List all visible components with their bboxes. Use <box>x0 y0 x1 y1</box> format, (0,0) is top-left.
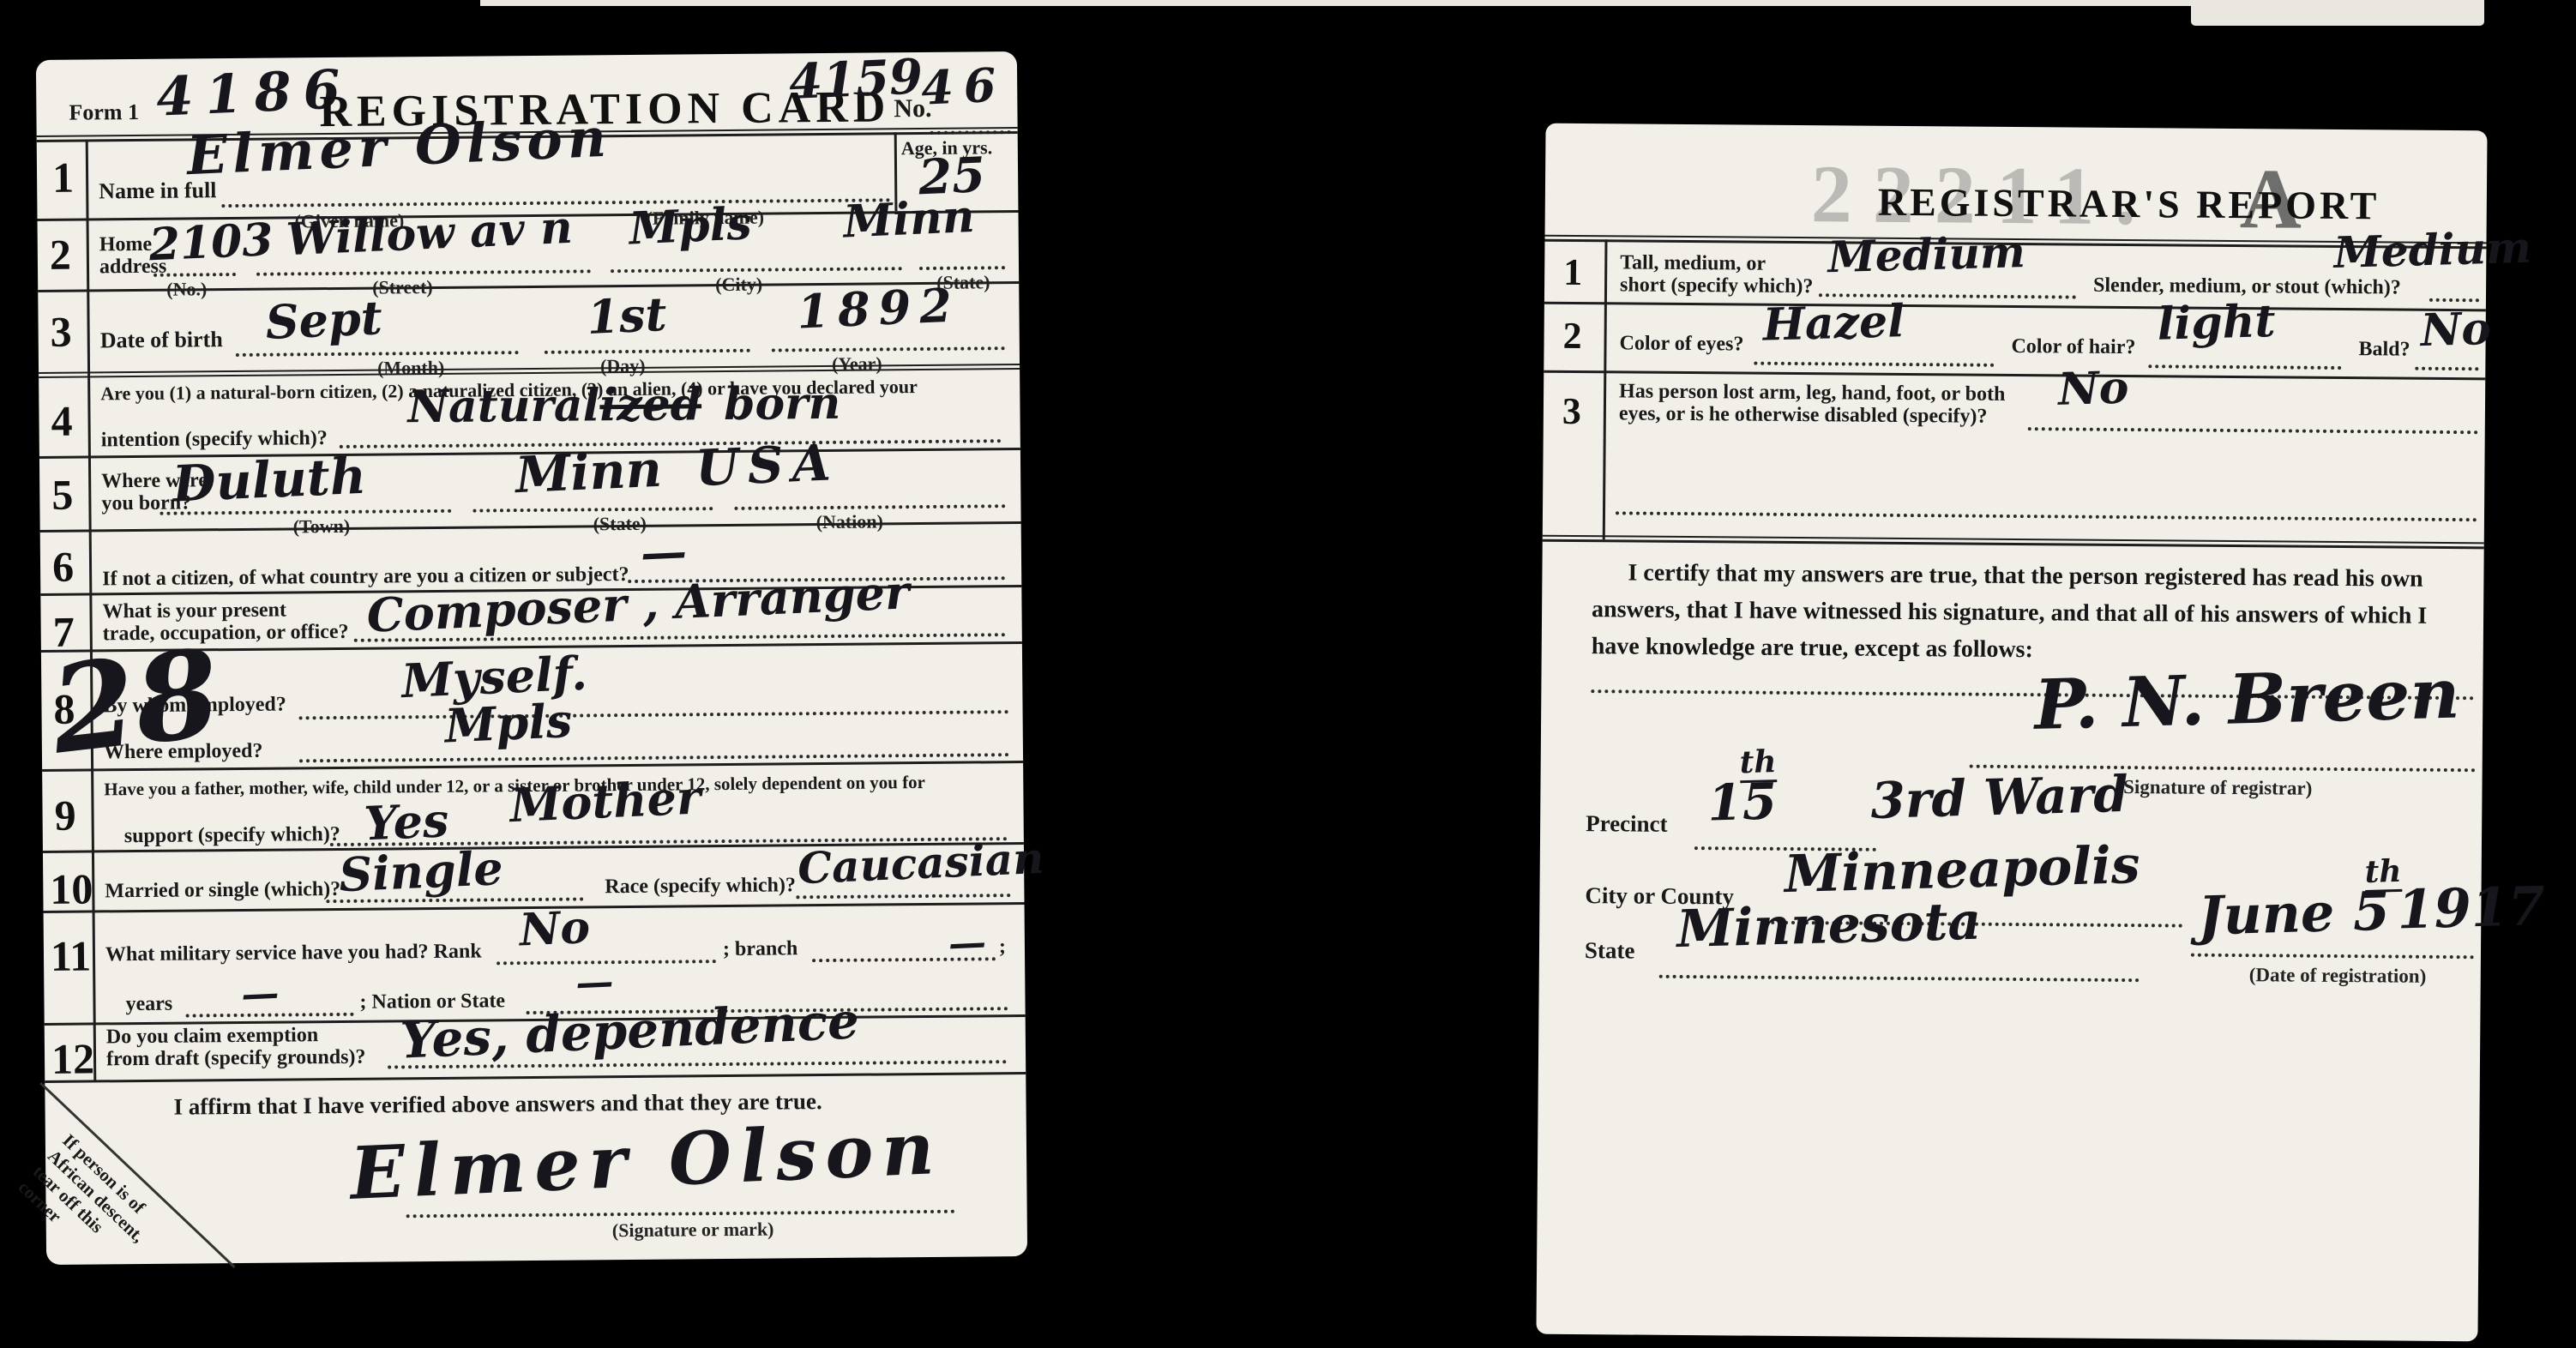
question-number: 3 <box>50 307 72 357</box>
scan-edge-strip <box>480 0 2484 6</box>
question-number: 3 <box>1562 389 1581 433</box>
question-number: 12 <box>51 1033 95 1083</box>
hair-dotted-line <box>2148 364 2341 370</box>
signature-of-registrar-label: (Signature of registrar) <box>2116 776 2312 800</box>
handwritten-precinct-number: 15 <box>1706 772 1778 832</box>
question-number: 4 <box>51 396 73 446</box>
report-title: REGISTRAR'S REPORT <box>1878 179 2380 229</box>
handwritten-ized-struck: ized <box>599 378 701 431</box>
dependent-label-line2: support (specify which)? <box>124 824 340 848</box>
handwritten-state-minnesota: Minnesota <box>1676 892 1982 960</box>
citizen-dotted-line <box>340 439 1002 448</box>
handwritten-date: June 5 <box>2197 880 2391 948</box>
birth-dotted-line <box>545 349 750 354</box>
bald-dotted-line <box>2415 367 2478 371</box>
question-number: 11 <box>51 930 92 980</box>
handwritten-born: born <box>724 377 841 430</box>
handwritten-employment-place: Mpls <box>443 693 573 753</box>
bald-label: Bald? <box>2358 339 2410 361</box>
signature-dotted-line <box>406 1210 955 1219</box>
handwritten-date-year: 1917 <box>2396 875 2545 942</box>
citizen-question-line2: intention (specify which)? <box>101 428 328 452</box>
years-dotted-line <box>186 1013 354 1018</box>
handwritten-eye-color: Hazel <box>1762 295 1905 351</box>
birth-dotted-line <box>236 351 519 357</box>
scanned-document-page: Form 1 4186 REGISTRATION CARD 4159 No. 4… <box>0 0 2576 1348</box>
tear-corner-text: If person is of African descent, tear of… <box>14 1130 164 1279</box>
question-number: 9 <box>54 791 76 840</box>
handwritten-dash: — <box>575 960 614 1005</box>
trade-label-line1: What is your present <box>102 599 286 623</box>
address-dotted-line <box>919 266 1005 270</box>
handwritten-build: Medium <box>2333 222 2532 278</box>
semicolon-label: ; <box>999 936 1006 959</box>
precinct-label: Precinct <box>1586 811 1668 837</box>
handwritten-dependent-mother: Mother <box>509 769 701 833</box>
row-rule <box>1544 302 2486 312</box>
address-dotted-line <box>611 267 902 273</box>
state-label: State <box>1585 938 1635 964</box>
handwritten-city: Mpls <box>628 197 752 255</box>
exemption-label-line2: from draft (specify grounds)? <box>106 1047 366 1072</box>
question-number: 2 <box>1562 314 1581 358</box>
certify-paragraph: I certify that my answers are true, that… <box>1592 554 2450 671</box>
birth-dotted-line <box>772 346 1005 352</box>
handwritten-scrawl-28: 28 <box>45 623 226 782</box>
handwritten-bald: No <box>2420 303 2492 357</box>
race-label: Race (specify which)? <box>605 875 796 899</box>
handwritten-card-number: 46 <box>920 57 1008 115</box>
row-rule <box>1544 370 2485 381</box>
registration-card: Form 1 4186 REGISTRATION CARD 4159 No. 4… <box>36 51 1027 1265</box>
years-label: years <box>125 994 172 1016</box>
handwritten-race: Caucasian <box>797 833 1045 894</box>
registrars-report-card: 22211. A REGISTRAR'S REPORT 1 Tall, medi… <box>1536 123 2487 1342</box>
handwritten-house-number: 2103 <box>147 214 274 271</box>
branch-label: ; branch <box>723 938 798 961</box>
handwritten-dash: — <box>640 524 689 581</box>
height-label-line1: Tall, medium, or <box>1620 252 1766 275</box>
born-dotted-line <box>734 504 1005 510</box>
height-label-line2: short (specify which)? <box>1620 274 1814 298</box>
disability-label-line2: eyes, or is he otherwise disabled (speci… <box>1619 403 1988 428</box>
question-number: 10 <box>50 864 93 913</box>
date-of-registration-label: (Date of registration) <box>2249 964 2427 988</box>
scan-edge-strip-right <box>2191 0 2484 26</box>
handwritten-dash: — <box>948 921 987 966</box>
question-number: 1 <box>1563 250 1582 294</box>
question-number: 2 <box>50 230 72 280</box>
hair-label: Color of hair? <box>2011 336 2135 359</box>
handwritten-ward: 3rd Ward <box>1870 765 2129 830</box>
military-service-label: What military service have you had? Rank <box>105 942 482 967</box>
exemption-label-line1: Do you claim exemption <box>106 1025 319 1049</box>
handwritten-dash: — <box>240 972 280 1017</box>
handwritten-registrar-signature: P. N. Breen <box>2033 653 2460 744</box>
row-rule <box>45 1072 1026 1083</box>
handwritten-birth-town: Duluth <box>172 447 367 514</box>
empty-dotted-line <box>1616 511 2477 521</box>
state-dotted-line <box>1659 975 2140 982</box>
married-single-label: Married or single (which)? <box>105 879 340 903</box>
birthdate-label: Date of birth <box>100 328 223 352</box>
handwritten-birth-year: 1892 <box>796 277 961 339</box>
employed-dotted-line <box>299 710 1009 719</box>
handwritten-military-no: No <box>518 901 591 957</box>
born-dotted-line <box>472 507 713 512</box>
handwritten-birth-nation: USA <box>695 433 840 497</box>
build-dotted-line <box>2429 298 2479 302</box>
race-dotted-line <box>796 894 1010 899</box>
handwritten-signature: Elmer Olson <box>348 1105 944 1216</box>
question-number: 1 <box>52 153 75 202</box>
signature-or-mark-label: (Signature or mark) <box>612 1219 774 1243</box>
address-dotted-line <box>256 269 591 275</box>
question-number: 6 <box>52 542 75 592</box>
home-label: Home <box>99 234 153 256</box>
handwritten-natural: Natural <box>407 379 599 433</box>
handwritten-birth-state: Minn <box>515 440 663 504</box>
address-dotted-line <box>153 273 236 277</box>
eyes-dotted-line <box>1754 362 1994 367</box>
date-dotted-line <box>2191 954 2474 960</box>
eyes-label: Color of eyes? <box>1619 333 1743 356</box>
handwritten-state: Minn <box>842 190 975 249</box>
handwritten-hair-color: light <box>2157 295 2276 351</box>
number-column-rule <box>1603 239 1608 539</box>
handwritten-height: Medium <box>1827 226 2026 282</box>
form-number-label: Form 1 <box>69 100 139 125</box>
handwritten-single: Single <box>338 840 504 902</box>
handwritten-citizen-answer: Naturalizedborn <box>407 377 840 433</box>
handwritten-birth-day: 1st <box>586 286 668 345</box>
disability-dotted-line <box>2028 427 2478 434</box>
question-number: 5 <box>51 470 74 520</box>
handwritten-disability: No <box>2057 362 2129 416</box>
handwritten-birth-month: Sept <box>264 290 383 350</box>
